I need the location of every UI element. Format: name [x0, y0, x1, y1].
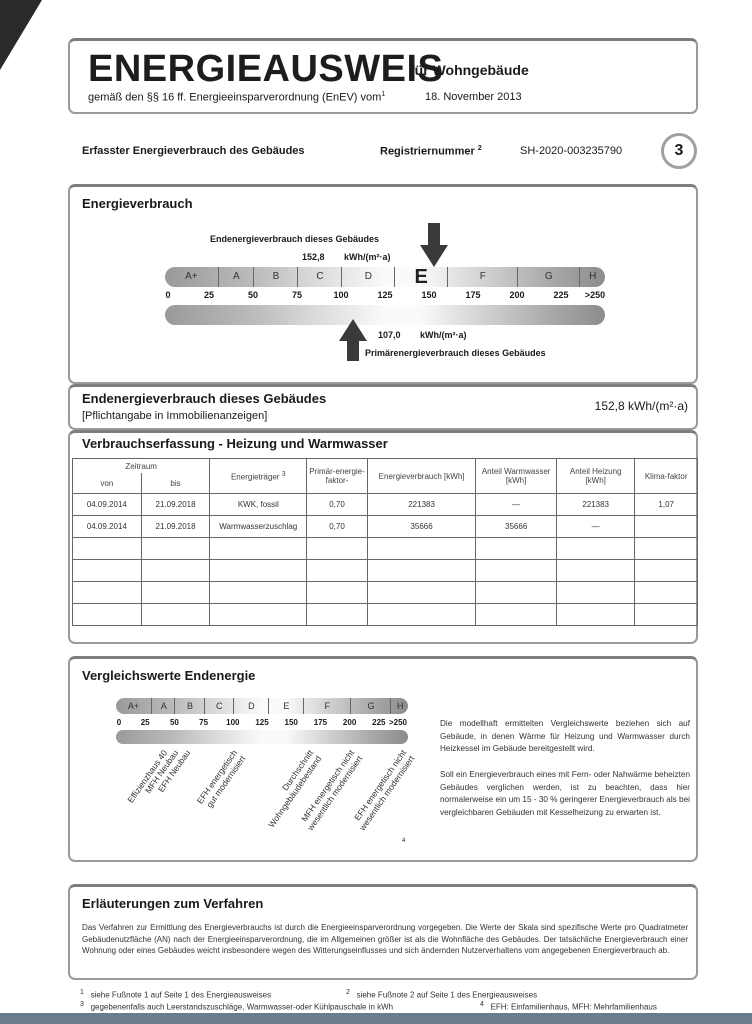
- cell-warmwasser: [476, 560, 557, 582]
- scale-class-a: A: [218, 267, 254, 287]
- document-subtitle: für Wohngebäude: [410, 62, 529, 78]
- cell-von: [73, 604, 142, 626]
- registration-label: Registriernummer 2: [380, 145, 482, 158]
- col-zeitraum: Zeitraum: [73, 459, 210, 474]
- scale-tick-label: 175: [465, 290, 480, 300]
- cell-primaer: [307, 560, 368, 582]
- consumption-table: Zeitraum Energieträger 3 Primär-energie-…: [72, 458, 698, 626]
- cell-klima: [635, 516, 698, 538]
- footnote-mark: 1: [381, 91, 385, 98]
- cell-klima: [635, 538, 698, 560]
- footnote-mark: 3: [80, 1001, 84, 1008]
- cell-bis: 21.09.2018: [141, 516, 210, 538]
- scale-tick-label: 225: [372, 718, 385, 727]
- scale-class-e: E: [394, 267, 448, 287]
- footnote-mark: 4: [402, 838, 405, 844]
- cell-verbrauch: [367, 538, 475, 560]
- cell-klima: [635, 582, 698, 604]
- cell-heizung: [556, 582, 634, 604]
- cell-traeger: [210, 538, 307, 560]
- cell-heizung: [556, 538, 634, 560]
- scale-tick-label: >250: [389, 718, 407, 727]
- cell-klima: 1,07: [635, 494, 698, 516]
- end-energy-value: 152,8: [302, 252, 325, 262]
- scale-tick-label: 75: [292, 290, 302, 300]
- table-row: [73, 538, 698, 560]
- col-primaerenergiefaktor: Primär-energie-faktor-: [307, 459, 368, 494]
- footnote-text: gegebenenfalls auch Leerstandszuschläge,…: [91, 1003, 394, 1012]
- footnote-mark: 4: [480, 1001, 484, 1008]
- consumption-title: Verbrauchserfassung - Heizung und Warmwa…: [82, 436, 388, 451]
- col-anteil-heizung: Anteil Heizung [kWh]: [556, 459, 634, 494]
- document-title: ENERGIEAUSWEIS: [88, 48, 443, 91]
- cell-verbrauch: [367, 560, 475, 582]
- cell-verbrauch: 221383: [367, 494, 475, 516]
- scale-class-g: G: [517, 267, 580, 287]
- summary-note: [Pflichtangabe in Immobilienanzeigen]: [82, 410, 267, 422]
- scale-class-g: G: [350, 698, 392, 714]
- scale-class-e: E: [268, 698, 304, 714]
- table-row: [73, 560, 698, 582]
- cell-heizung: [556, 604, 634, 626]
- cell-von: [73, 582, 142, 604]
- cell-von: [73, 560, 142, 582]
- cell-warmwasser: [476, 582, 557, 604]
- scale-tick-label: >250: [585, 290, 605, 300]
- scale-class-b: B: [253, 267, 298, 287]
- cell-klima: [635, 604, 698, 626]
- scale-tick-label: 0: [165, 290, 170, 300]
- footnote-text: siehe Fußnote 2 auf Seite 1 des Energiea…: [357, 991, 538, 1000]
- scale-tick-label: 200: [343, 718, 356, 727]
- scale-tick-label: 25: [141, 718, 150, 727]
- col-energieverbrauch: Energieverbrauch [kWh]: [367, 459, 475, 494]
- cell-primaer: [307, 604, 368, 626]
- footnote-1: 1 siehe Fußnote 1 auf Seite 1 des Energi…: [80, 989, 271, 1000]
- cell-primaer: 0,70: [307, 516, 368, 538]
- scale-tick-label: 100: [333, 290, 348, 300]
- scale-tick-label: 0: [117, 718, 121, 727]
- explanation-title: Erläuterungen zum Verfahren: [82, 896, 263, 911]
- scale-class-d: D: [233, 698, 269, 714]
- scale-tick-label: 150: [421, 290, 436, 300]
- cell-von: 04.09.2014: [73, 516, 142, 538]
- cell-traeger: [210, 560, 307, 582]
- scale-class-a-plus: A+: [116, 698, 151, 714]
- col-bis: bis: [141, 473, 210, 494]
- cell-warmwasser: [476, 604, 557, 626]
- footnote-2: 2 siehe Fußnote 2 auf Seite 1 des Energi…: [346, 989, 537, 1000]
- cell-verbrauch: [367, 604, 475, 626]
- table-row: 04.09.201421.09.2018KWK, fossil0,7022138…: [73, 494, 698, 516]
- primary-energy-value: 107,0: [378, 330, 401, 340]
- scale-class-bar: A+ABCDEFGH: [116, 698, 408, 714]
- col-energietraeger-label: Energieträger: [231, 472, 279, 481]
- reg-label-text: Registriernummer: [380, 146, 475, 158]
- window-bottom-bar: [0, 1013, 752, 1024]
- cell-klima: [635, 560, 698, 582]
- cell-von: [73, 538, 142, 560]
- scale-tick-label: 200: [509, 290, 524, 300]
- scale-tick-label: 25: [204, 290, 214, 300]
- scale-class-bar: A+ABCDEFGH: [165, 267, 605, 287]
- scale-class-c: C: [204, 698, 234, 714]
- law-text: gemäß den §§ 16 ff. Energieeinsparverord…: [88, 92, 381, 104]
- cell-primaer: [307, 582, 368, 604]
- cell-primaer: [307, 538, 368, 560]
- cell-primaer: 0,70: [307, 494, 368, 516]
- comparison-text-1: Die modellhaft ermittelten Vergleichswer…: [440, 718, 690, 756]
- scale-tick-label: 225: [553, 290, 568, 300]
- scale-tick-label: 50: [170, 718, 179, 727]
- col-von: von: [73, 473, 142, 494]
- scale-class-h: H: [390, 698, 409, 714]
- footnote-mark: 1: [80, 989, 84, 996]
- cell-warmwasser: —: [476, 494, 557, 516]
- cell-warmwasser: [476, 538, 557, 560]
- scale-tick-label: 150: [285, 718, 298, 727]
- scan-corner-shadow: [0, 0, 42, 70]
- scale-class-f: F: [303, 698, 351, 714]
- footnote-mark: 2: [478, 145, 482, 152]
- cell-heizung: 221383: [556, 494, 634, 516]
- cell-bis: [141, 560, 210, 582]
- cell-bis: [141, 604, 210, 626]
- cell-traeger: KWK, fossil: [210, 494, 307, 516]
- footnote-4: 4 EFH: Einfamilienhaus, MFH: Mehrfamilie…: [480, 1001, 657, 1012]
- cell-von: 04.09.2014: [73, 494, 142, 516]
- table-row: [73, 604, 698, 626]
- scale-class-a-plus: A+: [165, 267, 218, 287]
- col-anteil-warmwasser: Anteil Warmwasser [kWh]: [476, 459, 557, 494]
- table-row: 04.09.201421.09.2018Warmwasserzuschlag0,…: [73, 516, 698, 538]
- footnote-text: siehe Fußnote 1 auf Seite 1 des Energiea…: [91, 991, 272, 1000]
- col-klimafaktor: Klima-faktor: [635, 459, 698, 494]
- col-energietraeger: Energieträger 3: [210, 459, 307, 494]
- cell-heizung: [556, 560, 634, 582]
- cell-verbrauch: [367, 582, 475, 604]
- cell-heizung: —: [556, 516, 634, 538]
- scale-tick-label: 125: [377, 290, 392, 300]
- scale-gradient-bar: [116, 730, 408, 744]
- cell-warmwasser: 35666: [476, 516, 557, 538]
- cell-bis: [141, 538, 210, 560]
- comparison-scale: A+ABCDEFGH0255075100125150175200225>250: [116, 698, 408, 744]
- scale-tick-label: 100: [226, 718, 239, 727]
- scale-gradient-bar: [165, 305, 605, 325]
- cell-verbrauch: 35666: [367, 516, 475, 538]
- scale-tick-label: 175: [314, 718, 327, 727]
- comparison-title: Vergleichswerte Endenergie: [82, 668, 255, 683]
- footnote-text: EFH: Einfamilienhaus, MFH: Mehrfamilienh…: [491, 1003, 657, 1012]
- cell-traeger: [210, 582, 307, 604]
- summary-title: Endenergieverbrauch dieses Gebäudes: [82, 391, 326, 406]
- section-label: Erfasster Energieverbrauch des Gebäudes: [82, 145, 305, 157]
- law-date: 18. November 2013: [425, 91, 522, 103]
- footnote-mark: 2: [346, 989, 350, 996]
- registration-number: SH-2020-003235790: [520, 145, 622, 157]
- table-row: [73, 582, 698, 604]
- scale-class-f: F: [447, 267, 518, 287]
- summary-value: 152,8 kWh/(m²·a): [595, 399, 688, 413]
- comparison-text-2: Soll ein Energieverbrauch eines mit Fern…: [440, 769, 690, 819]
- scale-class-h: H: [579, 267, 606, 287]
- cell-bis: 21.09.2018: [141, 494, 210, 516]
- cell-bis: [141, 582, 210, 604]
- scale-class-c: C: [297, 267, 342, 287]
- scale-tick-label: 125: [255, 718, 268, 727]
- cell-traeger: [210, 604, 307, 626]
- explanation-text: Das Verfahren zur Ermittlung des Energie…: [82, 922, 688, 957]
- cell-traeger: Warmwasserzuschlag: [210, 516, 307, 538]
- scale-class-b: B: [174, 698, 204, 714]
- law-reference: gemäß den §§ 16 ff. Energieeinsparverord…: [88, 91, 385, 104]
- scale-tick-label: 75: [199, 718, 208, 727]
- footnote-mark: 3: [282, 471, 286, 478]
- page-number-badge: 3: [661, 133, 697, 169]
- scale-class-d: D: [341, 267, 395, 287]
- energy-section-title: Energieverbrauch: [82, 196, 193, 211]
- scale-class-a: A: [151, 698, 175, 714]
- primary-energy-label: Primärenergieverbrauch dieses Gebäudes: [365, 348, 546, 358]
- energy-scale: A+ABCDEFGH0255075100125150175200225>250: [165, 267, 605, 327]
- end-energy-label: Endenergieverbrauch dieses Gebäudes: [210, 234, 379, 244]
- end-energy-unit: kWh/(m²·a): [344, 252, 391, 262]
- footnote-3: 3 gegebenenfalls auch Leerstandszuschläg…: [80, 1001, 393, 1012]
- scale-tick-label: 50: [248, 290, 258, 300]
- primary-energy-unit: kWh/(m²·a): [420, 330, 467, 340]
